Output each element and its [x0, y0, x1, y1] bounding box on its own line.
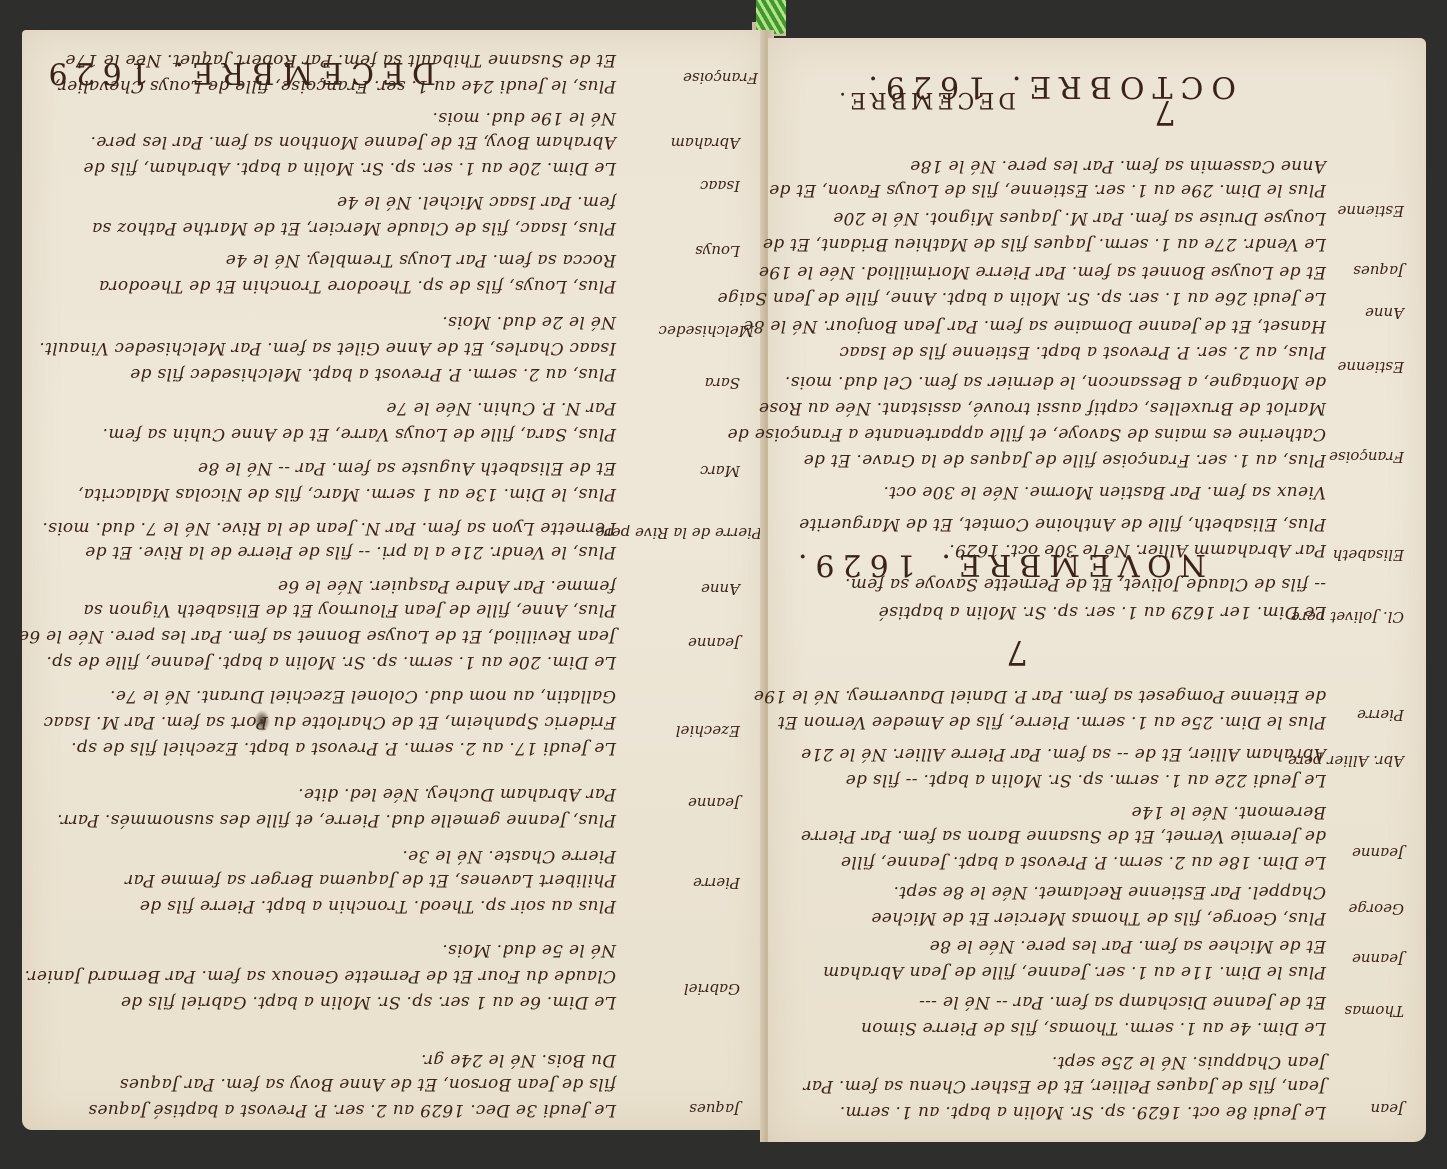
margin-name: Estienne	[1337, 202, 1404, 220]
register-line: Et de Elisabeth Auguste sa fem. Par -- N…	[198, 458, 616, 478]
register-line: Rocca sa fem. Par Louys Trembley. Né le …	[225, 250, 616, 270]
register-line: Plus, Jeanne gemelle dud. Pierre, et fil…	[57, 810, 616, 830]
register-line: Claude du Four Et de Pernette Genoux sa …	[24, 966, 616, 986]
register-line: Né le 19e dud. mois.	[432, 108, 616, 128]
register-line: Abraham Bovy, Et de Jeanne Monthon sa fe…	[90, 132, 616, 152]
register-line: Plus, le Dim. 13e au 1 serm. Marc, fils …	[78, 484, 616, 504]
margin-name: Jaques	[689, 1100, 740, 1118]
margin-name: Estienne	[1337, 358, 1404, 376]
register-line: Jean, fils de Jaques Pellier, Et de Esth…	[803, 1076, 1326, 1096]
register-line: Hanset, Et de Jeanne Domaine sa fem. Par…	[743, 316, 1326, 336]
margin-name: Ezechiel	[676, 722, 740, 740]
margin-name: Sara	[705, 374, 740, 392]
register-line: Louyse Druise sa fem. Par M. Jaques Mign…	[833, 208, 1326, 228]
register-line: de Montagne, a Bessancon, le dernier sa …	[785, 372, 1326, 392]
register-line: Jean Revilliod, Et de Louyse Bonnet sa f…	[19, 626, 616, 646]
register-line: Le Jeudi 3e Dec. 1629 au 2. ser. P. Prev…	[88, 1100, 616, 1120]
register-line: Catherine es mains de Savoye, et fille a…	[727, 424, 1326, 444]
margin-name: Melchisedec	[659, 322, 754, 340]
register-line: Né le 2e dud. Mois.	[442, 312, 616, 332]
margin-name: Françoise	[683, 69, 758, 87]
register-line: Jean Chappuis. Né le 25e sept.	[1052, 1052, 1326, 1072]
register-line: Plus, Louys, fils de sp. Theodore Tronch…	[99, 276, 616, 296]
margin-name: Louys	[695, 242, 740, 260]
margin-name: Isaac	[700, 177, 740, 195]
right-page: OCTOBRE. 1629. NOVEMBRE. 1629. 7 Jean Th…	[768, 38, 1426, 1142]
register-line: Le Dim. 20e au 1. serm. sp. Sr. Molin a …	[46, 652, 616, 672]
register-line: Frideric Spanheim, Et de Charlotte du Po…	[43, 712, 616, 732]
margin-name: George	[1348, 900, 1404, 918]
register-line: Plus le Dim. 11e au 1. ser. Jeanne, fill…	[823, 962, 1326, 982]
register-line: Le Dim. 6e au 1 ser. sp. Sr. Molin a bap…	[121, 992, 616, 1012]
register-line: Et de Michee sa fem. Par les pere. Née l…	[929, 936, 1326, 956]
register-line: de Etienne Pomgeset sa fem. Par P. Danie…	[754, 686, 1326, 706]
margin-name: Jaques	[1353, 262, 1404, 280]
register-line: Marlot de Bruxelles, captif aussi trouvé…	[759, 398, 1326, 418]
margin-name: Anne	[1365, 304, 1404, 322]
margin-name: Jeanne	[688, 794, 740, 812]
register-line: Beremont. Née le 14e	[1131, 802, 1326, 822]
margin-name: Jean	[1371, 1100, 1405, 1118]
register-line: Pernette Lyon sa fem. Par N. Jean de la …	[42, 518, 616, 538]
right-page-content: OCTOBRE. 1629. NOVEMBRE. 1629. 7 Jean Th…	[768, 38, 1426, 1142]
margin-name: Jeanne	[688, 634, 740, 652]
register-line: Et de Louyse Bonnet sa fem. Par Pierre M…	[759, 262, 1326, 282]
register-line: Abraham Allier, Et de -- sa fem. Par Pie…	[801, 744, 1326, 764]
register-line: Né le 5e dud. Mois.	[442, 940, 616, 960]
register-line: Le Dim. 4e au 1. serm. Thomas, fils de P…	[861, 1018, 1326, 1038]
register-line: Pierre Chaste. Né le 3e.	[402, 846, 616, 866]
register-line: Et de Susanne Thibault sa fem. Par Rober…	[65, 50, 616, 70]
register-line: -- fils de Claude Jolivet, Et de Pernett…	[845, 574, 1326, 594]
register-line: Gallatin, au nom dud. Colonel Ezechiel D…	[110, 686, 616, 706]
register-line: Plus, Elisabeth, fille de Anthoine Comte…	[799, 514, 1326, 534]
bookmark-ribbon	[756, 0, 786, 34]
margin-name: Pierre	[693, 874, 740, 892]
register-line: Et de Jeanne Dischamp sa fem. Par -- Né …	[919, 992, 1326, 1012]
register-line: Plus, le Vendr. 21e a la pri. -- fils de…	[85, 542, 616, 562]
register-line: Le Jeudi 17. au 2. serm. P. Prevost a ba…	[71, 738, 616, 758]
register-line: fem. Par Isaac Michel. Né le 4e	[337, 192, 616, 212]
margin-name: Françoise	[1329, 448, 1404, 466]
register-line: Plus, Isaac, fils de Claude Mercier, Et …	[92, 218, 616, 238]
page-number: 7	[1154, 92, 1176, 132]
register-line: fils de Jean Borson, Et de Anne Bovy sa …	[120, 1074, 617, 1094]
register-line: Le Jeudi 8e oct. 1629. sp. Sr. Molin a b…	[840, 1102, 1326, 1122]
right-heading-decembre: DECEMBRE.	[835, 87, 1016, 112]
left-page-content: DECEMBRE. 1629 Jaques Gabriel Pierre Jea…	[22, 30, 766, 1130]
register-line: Anne Cassemin sa fem. Par les pere. Né l…	[910, 156, 1326, 176]
register-line: Par Abrahamm Allier. Né le 30e oct. 1629…	[949, 540, 1326, 560]
register-line: Plus au soir sp. Theod. Tronchin a bapt.…	[140, 896, 616, 916]
margin-name: Pierre	[1357, 706, 1404, 724]
register-line: Isaac Charles, Et de Anne Gilet sa fem. …	[39, 338, 616, 358]
margin-name: Elisabeth	[1333, 546, 1404, 564]
margin-name: Abraham	[671, 134, 740, 152]
register-line: de Jeremie Vernet, Et de Susanne Baron s…	[801, 826, 1326, 846]
register-line: Le Jeudi 22e au 1. serm. sp. Sr. Molin a…	[845, 770, 1326, 790]
left-page: DECEMBRE. 1629 Jaques Gabriel Pierre Jea…	[22, 30, 766, 1130]
margin-name: Thomas	[1344, 1002, 1404, 1020]
margin-name: Pierre de la Rive pere	[596, 524, 762, 542]
register-line: Plus, Sara, fille de Louys Varre, Et de …	[102, 424, 616, 444]
register-line: femme. Par Andre Pasquier. Née le 6e	[278, 576, 616, 596]
register-line: Par Abraham Duchey. Née led. dite.	[298, 784, 616, 804]
margin-name: Gabriel	[684, 980, 740, 998]
ink-stain	[254, 710, 270, 732]
register-line: Plus le Dim. 29e au 1. ser. Estienne, fi…	[769, 180, 1326, 200]
register-line: Par N. P. Cuhin. Née le 7e	[386, 398, 616, 418]
register-line: Plus, George, fils de Thomas Mercier Et …	[871, 908, 1326, 928]
register-line: Du Bois. Né le 24e gr.	[421, 1050, 616, 1070]
margin-name: Jeanne	[1352, 844, 1404, 862]
register-line: Plus, au 2. serm. P. Prevost a bapt. Mel…	[130, 364, 616, 384]
margin-name: Anne	[701, 580, 740, 598]
page-number: 7	[1006, 632, 1028, 672]
margin-name: Jeanne	[1352, 950, 1404, 968]
register-line: Plus, le Jeudi 24e au 1. ser. Françoise,…	[55, 76, 616, 96]
register-line: Chappel. Par Estienne Reclamet. Née le 8…	[893, 882, 1326, 902]
register-line: Le Dim. 18e au 2. serm. P. Prevost a bap…	[841, 852, 1326, 872]
register-line: Plus, au 2. ser. P. Prevost a bapt. Esti…	[839, 342, 1326, 362]
register-line: Plus, Anne, fille de Jean Flournoy Et de…	[83, 600, 616, 620]
register-line: Vieux sa fem. Par Bastien Morme. Née le …	[883, 482, 1326, 502]
register-line: Le Dim. 1er 1629 au 1. ser. sp. Sr. Moli…	[878, 602, 1326, 622]
register-line: Le Vendr. 27e au 1. serm. Jaques fils de…	[763, 234, 1326, 254]
register-line: Plus, au 1. ser. Françoise fille de Jaqu…	[803, 450, 1326, 470]
register-line: Philibert Lavenes, Et de Jaquema Berger …	[125, 870, 616, 890]
register-line: Le Dim. 20e au 1. ser. sp. Sr. Molin a b…	[83, 158, 616, 178]
margin-name: Marc	[700, 462, 740, 480]
register-line: Le Jeudi 26e au 1. ser. sp. Sr. Molin a …	[717, 288, 1326, 308]
register-line: Plus le Dim. 25e au 1. serm. Pierre, fil…	[778, 712, 1326, 732]
